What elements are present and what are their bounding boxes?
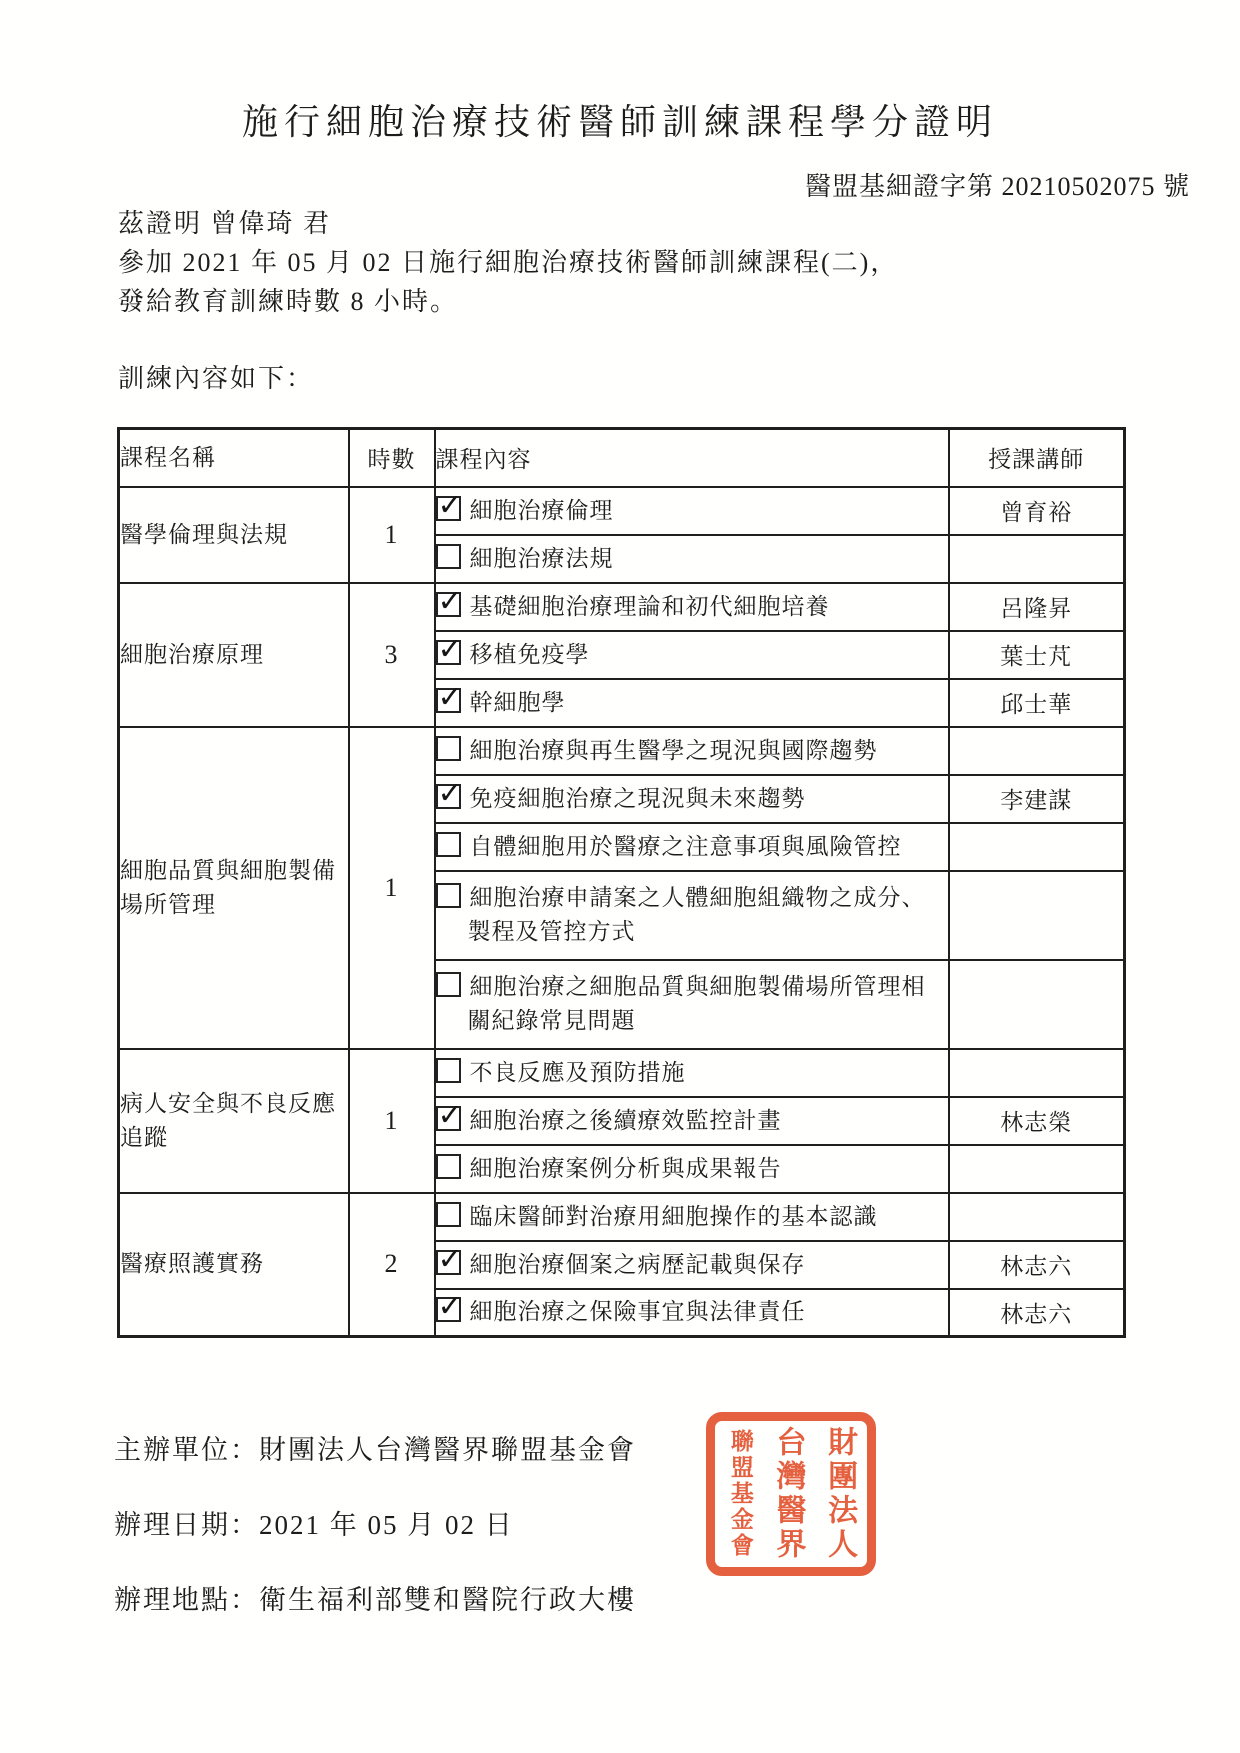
instructor-name: 林志六 bbox=[949, 1241, 1125, 1289]
checkbox-icon bbox=[436, 1250, 461, 1275]
certificate-body: 茲證明 曾偉琦 君 參加 2021 年 05 月 02 日施行細胞治療技術醫師訓… bbox=[118, 204, 898, 321]
page-title: 施行細胞治療技術醫師訓練課程學分證明 bbox=[0, 94, 1240, 145]
table-row: 醫學倫理與法規 1 細胞治療倫理 曾育裕 bbox=[119, 487, 1125, 535]
course-item-label: 細胞治療倫理 bbox=[470, 498, 614, 523]
instructor-name: 呂隆昇 bbox=[949, 583, 1125, 631]
course-hours: 2 bbox=[349, 1193, 435, 1337]
checkbox-icon bbox=[436, 1154, 461, 1179]
seal-column: 台灣醫界 bbox=[772, 1426, 802, 1562]
instructor-name bbox=[949, 1193, 1125, 1241]
scanned-certificate-document: 施行細胞治療技術醫師訓練課程學分證明 醫盟基細證字第 20210502075 號… bbox=[0, 0, 1240, 1753]
course-item: 臨床醫師對治療用細胞操作的基本認識 bbox=[435, 1193, 949, 1241]
course-item-label: 臨床醫師對治療用細胞操作的基本認識 bbox=[470, 1204, 878, 1229]
date-line: 辦理日期：2021 年 05 月 02 日 bbox=[114, 1503, 514, 1542]
instructor-name bbox=[949, 823, 1125, 871]
checkbox-icon bbox=[436, 640, 461, 665]
course-item: 移植免疫學 bbox=[435, 631, 949, 679]
instructor-name: 林志六 bbox=[949, 1289, 1125, 1337]
checkbox-icon bbox=[436, 496, 461, 521]
course-item: 細胞治療與再生醫學之現況與國際趨勢 bbox=[435, 727, 949, 775]
col-header-hours: 時數 bbox=[349, 429, 435, 487]
course-item: 細胞治療倫理 bbox=[435, 487, 949, 535]
checkbox-icon bbox=[436, 883, 461, 908]
course-hours: 1 bbox=[349, 727, 435, 1049]
checkbox-icon bbox=[436, 972, 461, 997]
course-item: 細胞治療之後續療效監控計畫 bbox=[435, 1097, 949, 1145]
checkbox-icon bbox=[436, 784, 461, 809]
course-name: 醫療照護實務 bbox=[119, 1193, 349, 1337]
course-name: 醫學倫理與法規 bbox=[119, 487, 349, 583]
table-intro-label: 訓練內容如下： bbox=[118, 358, 314, 395]
course-item: 細胞治療個案之病歷記載與保存 bbox=[435, 1241, 949, 1289]
instructor-name bbox=[949, 535, 1125, 583]
checkbox-icon bbox=[436, 544, 461, 569]
course-item-label: 幹細胞學 bbox=[470, 690, 566, 715]
checkbox-icon bbox=[436, 1297, 461, 1322]
organizer-line: 主辦單位：財團法人台灣醫界聯盟基金會 bbox=[114, 1428, 636, 1467]
col-header-content: 課程內容 bbox=[435, 429, 949, 487]
course-name: 病人安全與不良反應追蹤 bbox=[119, 1049, 349, 1193]
instructor-name bbox=[949, 727, 1125, 775]
course-item: 自體細胞用於醫療之注意事項與風險管控 bbox=[435, 823, 949, 871]
location-line: 辦理地點：衛生福利部雙和醫院行政大樓 bbox=[114, 1578, 636, 1617]
certificate-number: 醫盟基細證字第 20210502075 號 bbox=[805, 166, 1190, 203]
checkbox-icon bbox=[436, 688, 461, 713]
course-item-label: 移植免疫學 bbox=[470, 642, 590, 667]
course-item-label: 細胞治療之保險事宜與法律責任 bbox=[470, 1299, 806, 1324]
instructor-name bbox=[949, 871, 1125, 960]
course-item: 細胞治療案例分析與成果報告 bbox=[435, 1145, 949, 1193]
course-hours: 1 bbox=[349, 1049, 435, 1193]
course-table: 課程名稱 時數 課程內容 授課講師 醫學倫理與法規 1 細胞治療倫理 曾育裕 細… bbox=[117, 427, 1126, 1338]
col-header-course-name: 課程名稱 bbox=[119, 429, 349, 487]
hours-line: 發給教育訓練時數 8 小時。 bbox=[118, 282, 898, 321]
table-row: 細胞治療原理 3 基礎細胞治療理論和初代細胞培養 呂隆昇 bbox=[119, 583, 1125, 631]
course-item: 細胞治療申請案之人體細胞組織物之成分、製程及管控方式 bbox=[435, 871, 949, 960]
course-item-label: 自體細胞用於醫療之注意事項與風險管控 bbox=[470, 834, 902, 859]
certify-line: 茲證明 曾偉琦 君 bbox=[118, 204, 898, 243]
checkbox-icon bbox=[436, 1106, 461, 1131]
seal-column: 財團法人 bbox=[824, 1426, 854, 1562]
instructor-name: 林志榮 bbox=[949, 1097, 1125, 1145]
course-item-label: 不良反應及預防措施 bbox=[470, 1060, 686, 1085]
course-hours: 1 bbox=[349, 487, 435, 583]
checkbox-icon bbox=[436, 1058, 461, 1083]
checkbox-icon bbox=[436, 832, 461, 857]
course-item: 基礎細胞治療理論和初代細胞培養 bbox=[435, 583, 949, 631]
instructor-name: 李建謀 bbox=[949, 775, 1125, 823]
course-item-label: 細胞治療之細胞品質與細胞製備場所管理相關紀錄常見問題 bbox=[468, 974, 926, 1033]
table-row: 細胞品質與細胞製備場所管理 1 細胞治療與再生醫學之現況與國際趨勢 bbox=[119, 727, 1125, 775]
course-item: 細胞治療之細胞品質與細胞製備場所管理相關紀錄常見問題 bbox=[435, 960, 949, 1049]
course-item-label: 細胞治療與再生醫學之現況與國際趨勢 bbox=[470, 738, 878, 763]
instructor-name: 葉士芃 bbox=[949, 631, 1125, 679]
course-item-label: 細胞治療案例分析與成果報告 bbox=[470, 1156, 782, 1181]
course-name: 細胞品質與細胞製備場所管理 bbox=[119, 727, 349, 1049]
instructor-name: 曾育裕 bbox=[949, 487, 1125, 535]
table-row: 醫療照護實務 2 臨床醫師對治療用細胞操作的基本認識 bbox=[119, 1193, 1125, 1241]
course-hours: 3 bbox=[349, 583, 435, 727]
seal-column: 聯盟基金會 bbox=[728, 1429, 751, 1559]
instructor-name bbox=[949, 960, 1125, 1049]
checkbox-icon bbox=[436, 736, 461, 761]
checkbox-icon bbox=[436, 592, 461, 617]
course-name: 細胞治療原理 bbox=[119, 583, 349, 727]
course-item: 免疫細胞治療之現況與未來趨勢 bbox=[435, 775, 949, 823]
red-seal-stamp: 財團法人 台灣醫界 聯盟基金會 bbox=[706, 1412, 876, 1576]
instructor-name: 邱士華 bbox=[949, 679, 1125, 727]
course-item: 不良反應及預防措施 bbox=[435, 1049, 949, 1097]
course-item-label: 細胞治療法規 bbox=[470, 546, 614, 571]
course-item: 細胞治療法規 bbox=[435, 535, 949, 583]
course-item-label: 細胞治療之後續療效監控計畫 bbox=[470, 1108, 782, 1133]
course-item-label: 免疫細胞治療之現況與未來趨勢 bbox=[470, 786, 806, 811]
table-header-row: 課程名稱 時數 課程內容 授課講師 bbox=[119, 429, 1125, 487]
course-item-label: 基礎細胞治療理論和初代細胞培養 bbox=[470, 594, 830, 619]
table-row: 病人安全與不良反應追蹤 1 不良反應及預防措施 bbox=[119, 1049, 1125, 1097]
participation-line: 參加 2021 年 05 月 02 日施行細胞治療技術醫師訓練課程(二)， bbox=[118, 243, 898, 282]
course-item: 細胞治療之保險事宜與法律責任 bbox=[435, 1289, 949, 1337]
instructor-name bbox=[949, 1049, 1125, 1097]
checkbox-icon bbox=[436, 1202, 461, 1227]
course-item-label: 細胞治療申請案之人體細胞組織物之成分、製程及管控方式 bbox=[468, 885, 926, 944]
col-header-instructor: 授課講師 bbox=[949, 429, 1125, 487]
course-item: 幹細胞學 bbox=[435, 679, 949, 727]
course-item-label: 細胞治療個案之病歷記載與保存 bbox=[470, 1252, 806, 1277]
instructor-name bbox=[949, 1145, 1125, 1193]
